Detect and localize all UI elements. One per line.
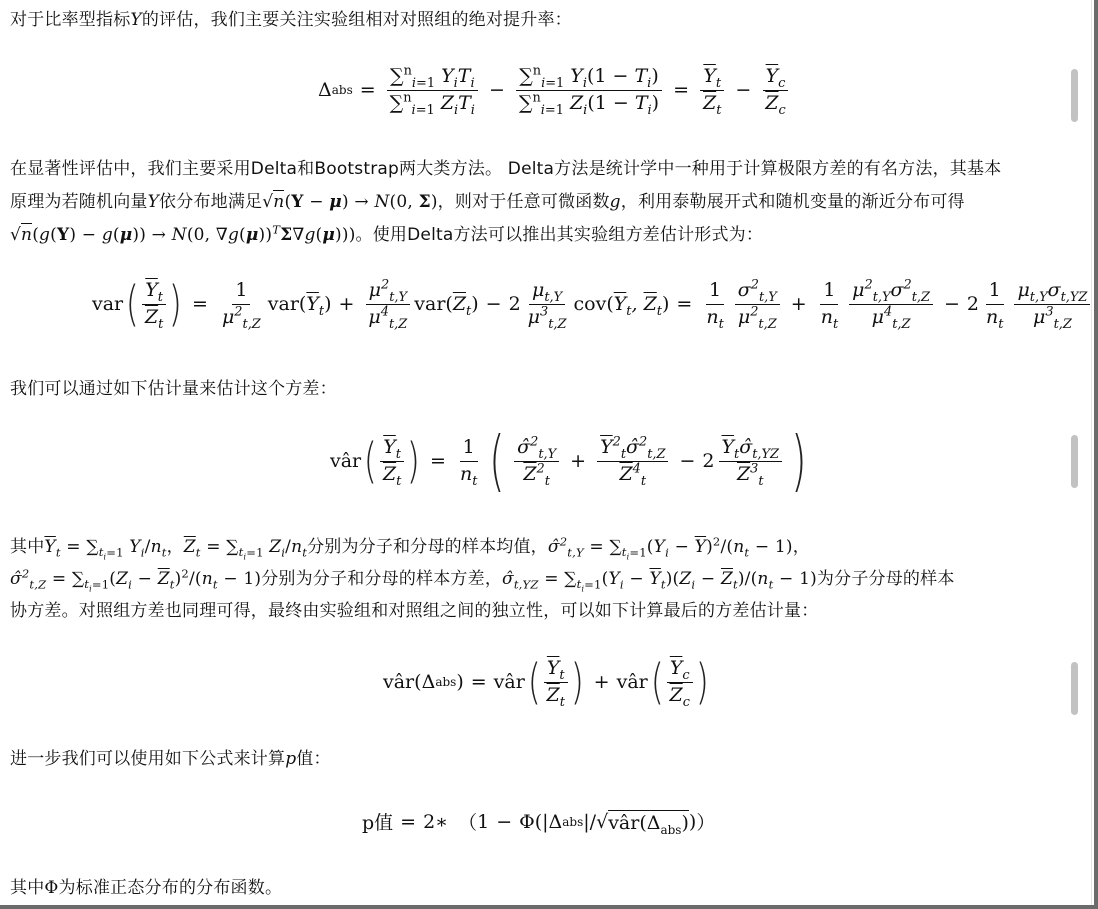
delta-method-paragraph: 在显著性评估中，我们主要采用Delta和Bootstrap两大类方法。 Delt… [10, 155, 1001, 250]
estimator-definitions: 其中Yt = ∑ti=1 Yi/nt，Zt = ∑ti=1 Zi/nt分别为分子… [10, 533, 955, 626]
text: 为标准正态分布的分布函数。 [59, 878, 283, 898]
text: 为分子分母的样本 [817, 569, 955, 589]
phi-definition: 其中Φ为标准正态分布的分布函数。 [10, 874, 282, 903]
math-var: g [610, 192, 621, 212]
equation-pvalue: p值 = 2∗ （ 1− Φ(|Δabs|/√vâr(Δabs)) ） [362, 808, 715, 835]
vhat-label: vâr [617, 671, 648, 693]
text-line: 其中Yt = ∑ti=1 Yi/nt，Zt = ∑ti=1 Zi/nt分别为分子… [10, 533, 955, 562]
math-inline: Zt = ∑ti=1 Zi/nt [184, 537, 307, 557]
scrollbar-thumb[interactable] [1071, 435, 1078, 488]
text: 的评估，我们主要关注实验组相对对照组的绝对提升率： [142, 10, 572, 30]
text-line: 在显著性评估中，我们主要采用Delta和Bootstrap两大类方法。 Delt… [10, 155, 1001, 184]
math-inline: √n(g(Y) − g(μ)) → N(0, ∇g(μ))TΣ∇g(μ))) [10, 225, 356, 245]
text: 分别为分子和分母的样本方差， [261, 569, 502, 589]
text: 依分布地满足 [159, 192, 262, 212]
equation-total-variance: vâr(Δabs) = vâr (YtZt) + vâr (YcZc) [383, 658, 712, 707]
window-border-right [1094, 0, 1098, 909]
text-line: √n(g(Y) − g(μ)) → N(0, ∇g(μ))TΣ∇g(μ)))。使… [10, 221, 1001, 250]
equation-delta-variance: var (YtZt) = 1μ2t,Zvar(Yt) + μ2t,Yμ4t,Zv… [92, 280, 1094, 329]
math-inline: σ̂2t,Z = ∑ti=1(Zi − Zt)2/(nt − 1) [10, 569, 261, 589]
text: 其中 [10, 537, 44, 557]
two-star: 2∗ [423, 811, 448, 833]
scrollbar-thumb[interactable] [1071, 662, 1078, 715]
pvalue-label: p值 [362, 808, 393, 835]
vhat-label: vâr [383, 671, 414, 693]
text: 值： [296, 749, 330, 769]
math-var: p [285, 749, 296, 769]
vhat-label: vâr [330, 450, 361, 472]
text: ，利用泰勒展开式和随机变量的渐近分布可得 [621, 192, 965, 212]
math-inline: σ̂2t,Y = ∑ti=1(Yi − Y)2/(nt − 1) [548, 537, 793, 557]
text: ， [167, 537, 184, 557]
delta-symbol: Δ [422, 671, 436, 693]
math-inline: σ̂t,YZ = ∑ti=1(Yi − Yt)(Zi − Zt)/(nt − 1… [502, 569, 817, 589]
math-var: Y [148, 192, 159, 212]
text: 。使用Delta方法可以推出其实验组方差估计形式为： [356, 225, 764, 245]
math-var: Φ [44, 878, 58, 898]
text: 对于比率型指标 [10, 10, 130, 30]
var-label: var [92, 293, 123, 315]
text: 其中 [10, 878, 44, 898]
equation-variance-estimator: vâr (YtZt) = 1nt ( σ̂2t,YZ2t + Y2tσ̂2t,Z… [330, 428, 812, 494]
cov-label: cov [574, 293, 607, 315]
intro-paragraph: 对于比率型指标Y的评估，我们主要关注实验组相对对照组的绝对提升率： [10, 6, 572, 35]
text-line: 原理为若随机向量Y依分布地满足√n(Y − μ) → N(0, Σ)，则对于任意… [10, 188, 1001, 217]
text: 进一步我们可以使用如下公式来计算 [10, 749, 285, 769]
frame-divider [1091, 0, 1092, 905]
pvalue-intro: 进一步我们可以使用如下公式来计算p值： [10, 745, 331, 774]
math-inline: Yt = ∑ti=1 Yi/nt [44, 537, 166, 557]
text: 分别为分子和分母的样本均值， [307, 537, 548, 557]
math-inline: √n(Y − μ) → N(0, Σ) [262, 190, 437, 212]
estimator-intro: 我们可以通过如下估计量来估计这个方差： [10, 375, 337, 404]
text-line: σ̂2t,Z = ∑ti=1(Zi − Zt)2/(nt − 1)分别为分子和分… [10, 565, 955, 594]
text-line: 协方差。对照组方差也同理可得，最终由实验组和对照组之间的独立性，可以如下计算最后… [10, 597, 955, 626]
text: 原理为若随机向量 [10, 192, 148, 212]
scrollbar-thumb[interactable] [1071, 69, 1078, 122]
math-var: Y [130, 10, 141, 30]
vhat-label: vâr [494, 671, 525, 693]
equation-abs-lift: Δabs = ∑ni=1 YiTi∑ni=1 ZiTi − ∑ni=1 Yi(1… [318, 66, 793, 115]
text: ， [793, 537, 810, 557]
phi-symbol: Φ [519, 811, 535, 833]
text: ，则对于任意可微函数 [438, 192, 610, 212]
text: 我们可以通过如下估计量来估计这个方差： [10, 379, 337, 399]
window-border-bottom [0, 905, 1098, 909]
delta-symbol: Δ [318, 79, 332, 101]
